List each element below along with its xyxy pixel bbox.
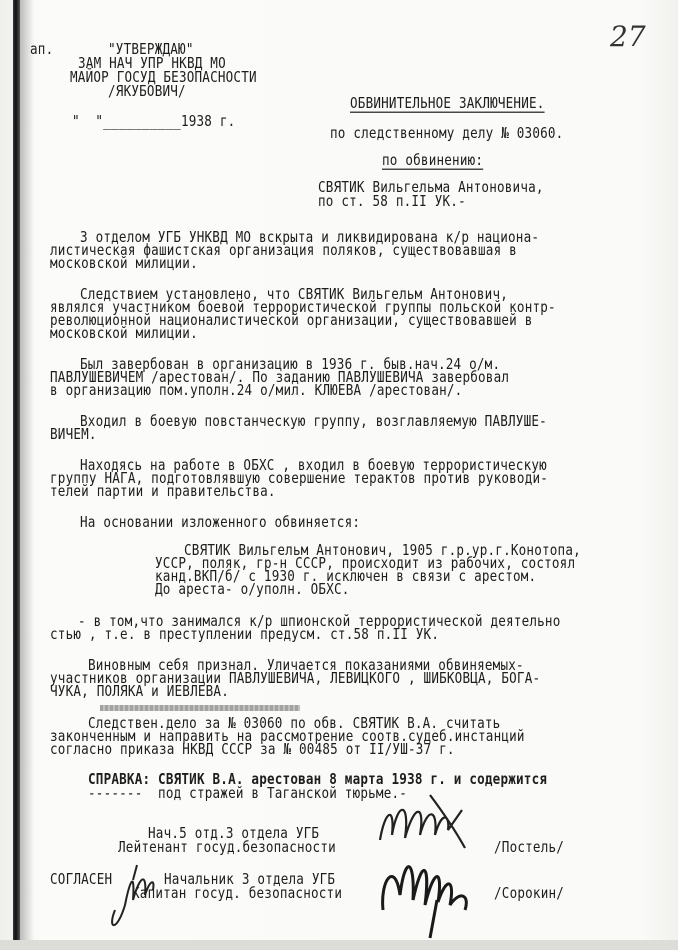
page-bottom-edge <box>0 940 678 950</box>
accused-details-line: До ареста- о/уполн. ОБХС. <box>155 582 350 596</box>
reference-line: ------- под стражей в Таганской тюрьме.- <box>88 786 407 800</box>
signature-agreed <box>105 860 160 935</box>
paragraph-3-line: в организацию пом.уполн.24 о/мил. КЛЮЕВА… <box>50 383 462 397</box>
paragraph-2-line: московской милиции. <box>50 326 198 340</box>
agreed-label: СОГЛАСЕН <box>50 872 112 886</box>
approval-line3: /ЯКУБОВИЧ/ <box>108 84 186 98</box>
document-page: 27 ап. "УТВЕРЖДАЮ" ЗАМ НАЧ УПР НКВД МО М… <box>0 0 678 950</box>
ink-smudge <box>100 705 300 711</box>
signer1-name: /Постель/ <box>494 840 564 854</box>
paragraph-4-line: Входил в боевую повстанческую группу, во… <box>80 414 547 428</box>
case-number-line: по следственному делу № 03060. <box>330 126 563 140</box>
guilt-line: ЧУКА, ПОЛЯКА и ИЕВЛЕВА. <box>50 684 229 698</box>
document-title: ОБВИНИТЕЛЬНОЕ ЗАКЛЮЧЕНИЕ. <box>350 96 545 110</box>
binding-shadow <box>20 0 34 942</box>
handwritten-page-number: 27 <box>610 20 646 53</box>
left-mark: ап. <box>30 42 53 56</box>
charge-line: стью , т.е. в преступлении предусм. ст.5… <box>50 627 439 641</box>
signer2-rank: Капитан госуд. безопасности <box>132 886 342 900</box>
signer1-rank: Лейтенант госуд.безопасности <box>118 840 336 854</box>
accusation-heading: по обвинению: <box>382 153 483 167</box>
paragraph-6-line: На основании изложенного обвиняется: <box>80 515 360 529</box>
page-binding-edge <box>13 0 20 942</box>
accused-article: по ст. 58 п.II УК.- <box>318 194 466 208</box>
approval-date-line: " "__________1938 г. <box>72 114 235 128</box>
paragraph-4-line: ВИЧЕМ. <box>50 427 97 441</box>
conclusion-line: согласно приказа НКВД СССР за № 00485 от… <box>50 742 455 756</box>
signer2-name: /Сорокин/ <box>494 886 564 900</box>
paragraph-5-line: телей партии и правительства. <box>50 484 276 498</box>
paragraph-1-line: московской милиции. <box>50 256 198 270</box>
signature-sorokin <box>375 840 485 940</box>
